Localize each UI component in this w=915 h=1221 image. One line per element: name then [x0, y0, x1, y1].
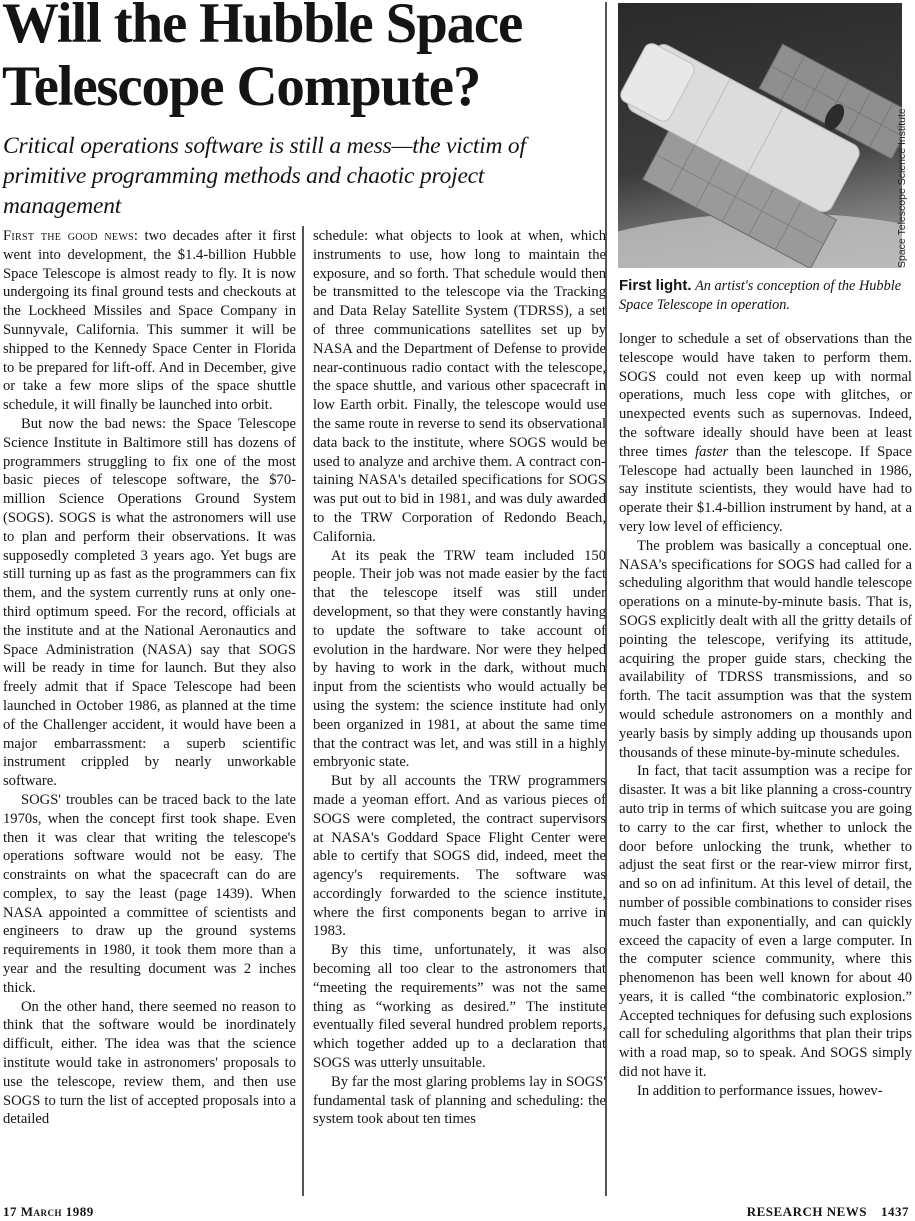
body-column-3: longer to schedule a set of observations…: [619, 330, 912, 1101]
paragraph: But now the bad news: the Space Tele­sco…: [3, 415, 296, 791]
body-column-2: schedule: what objects to look at when, …: [313, 227, 606, 1129]
caption-title: First light.: [619, 277, 692, 294]
page-number: 1437: [881, 1204, 909, 1219]
issue-date: 17 March 1989: [3, 1204, 94, 1220]
deck-line-1: Critical operations software is still a …: [3, 133, 526, 159]
page-footer: RESEARCH NEWS1437: [747, 1204, 909, 1220]
paragraph: On the other hand, there seemed no reaso…: [3, 998, 296, 1130]
paragraph: At its peak the TRW team included 150 pe…: [313, 547, 606, 773]
headline-line-2: Telescope Compute?: [2, 55, 480, 118]
column-divider-1: [302, 226, 304, 1196]
headline-line-1: Will the Hubble Space: [2, 0, 522, 55]
photo-caption: First light. An artist's conception of t…: [619, 276, 909, 315]
paragraph: longer to schedule a set of observations…: [619, 330, 912, 537]
lead-in: First the good news:: [3, 228, 138, 244]
body-column-1: First the good news: two decades after i…: [3, 227, 296, 1129]
headline: Will the Hubble Space Telescope Compute?: [2, 0, 597, 118]
paragraph: By far the most glaring problems lay in …: [313, 1073, 606, 1129]
deck-line-2: primitive programming methods and chaoti…: [3, 163, 484, 219]
section-name: RESEARCH NEWS: [747, 1204, 867, 1219]
paragraph: But by all accounts the TRW program­mers…: [313, 772, 606, 941]
paragraph: In addition to performance issues, howev…: [619, 1082, 912, 1101]
deck-subtitle: Critical operations software is still a …: [3, 131, 598, 221]
paragraph: In fact, that tacit assumption was a rec…: [619, 762, 912, 1082]
emphasis: faster: [695, 444, 728, 460]
telescope-illustration-icon: [618, 3, 902, 268]
photo-credit: Space Telescope Science Institute: [896, 108, 908, 268]
paragraph: First the good news: two decades after i…: [3, 227, 296, 415]
paragraph: By this time, unfortunately, it was also…: [313, 941, 606, 1073]
paragraph: The problem was basically a conceptual o…: [619, 537, 912, 763]
paragraph: schedule: what objects to look at when, …: [313, 227, 606, 547]
paragraph: SOGS' troubles can be traced back to the…: [3, 791, 296, 998]
hubble-telescope-photo: [618, 3, 902, 268]
